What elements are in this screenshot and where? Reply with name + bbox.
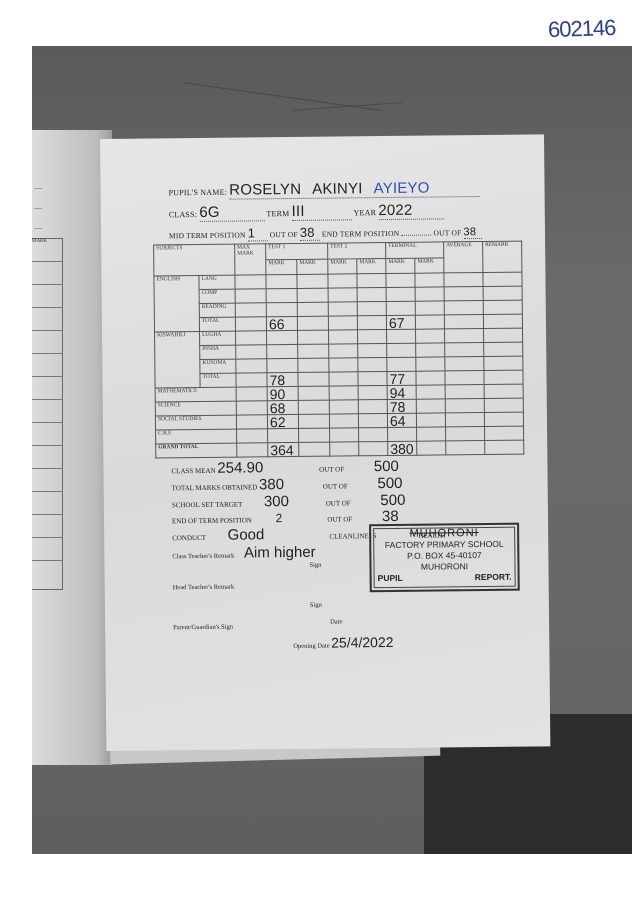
header-mark: MARK [357, 258, 386, 274]
background-crack [292, 102, 402, 111]
out-of-label: OUT OF [323, 482, 348, 490]
out-of-label: OUT OF [433, 228, 461, 237]
year-label: YEAR [353, 208, 376, 217]
report-form: PUPIL'S NAME: ROSELYN AKINYI AYIEYO CLAS… [100, 134, 550, 751]
head-teacher-sign: Sign [310, 602, 322, 609]
end-term-out-of: 38 [463, 226, 476, 238]
stamp-line2: FACTORY PRIMARY SCHOOL [371, 539, 517, 552]
header-mark: MARK [386, 258, 415, 274]
subject-sub: TOTAL [199, 317, 235, 331]
header-mark: MARK [328, 258, 357, 274]
school-target-label: SCHOOL SET TARGET [172, 501, 242, 510]
english-terminal: 67 [386, 315, 415, 329]
header-mark: MARK [297, 259, 328, 275]
pupil-middle-name: AKINYI [312, 180, 363, 198]
subject-sub: LANG [199, 275, 235, 289]
out-of-label: OUT OF [270, 230, 298, 239]
mathematics-terminal: 94 [387, 385, 416, 399]
opening-date-row: Opening Date 25/4/2022 [293, 634, 393, 651]
class-mean-out-of: 500 [374, 458, 399, 475]
mathematics-test1: 90 [267, 386, 298, 400]
subject-name: C.R.E [156, 429, 237, 444]
header-max-mark: MAX MARK [235, 244, 266, 275]
left-page-header: MARK [32, 239, 62, 262]
class-teacher-remark-label: Class Teacher's Remark [172, 553, 234, 561]
left-page-dots: .... [34, 182, 42, 191]
header-test2: TEST 2 [328, 243, 386, 259]
pupil-name-label: PUPIL'S NAME: [169, 188, 228, 198]
header-subjects: SUBJECTS [154, 244, 235, 276]
stamp-pupil: PUPIL [378, 573, 403, 584]
total-marks-label: TOTAL MARKS OBTAINED [172, 483, 258, 492]
conduct-label: CONDUCT [172, 534, 206, 542]
end-term-position-label: END TERM POSITION [322, 229, 400, 239]
mid-term-position: 1 [248, 225, 256, 240]
subject-sub: KUSOMA [200, 359, 236, 373]
opening-date-value: 25/4/2022 [331, 634, 393, 651]
subject-name: MATHEMATICS [155, 387, 236, 402]
social-studies-test1: 62 [267, 414, 298, 428]
english-test1: 66 [266, 316, 297, 330]
end-term-position-label: END OF TERM POSITION [172, 516, 252, 525]
header-average: AVERAGE [444, 241, 483, 272]
out-of-label: OUT OF [319, 465, 344, 473]
grand-total-test1: 364 [268, 442, 299, 456]
position-row: MID TERM POSITION 1 OUT OF 38 END TERM P… [169, 223, 482, 242]
subject-group: KISWAHILI [155, 331, 201, 387]
marks-table: SUBJECTS MAX MARK TEST 1 TEST 2 TERMINAL… [153, 241, 524, 459]
class-mean-value: 254.90 [217, 459, 317, 477]
school-stamp: MUHORONI FACTORY PRIMARY SCHOOL P.O. BOX… [369, 523, 520, 593]
grand-total-terminal: 380 [388, 441, 417, 455]
header-mark: MARK [266, 259, 297, 275]
class-label: CLASS: [169, 210, 197, 219]
grand-total-label: GRAND TOTAL [156, 443, 237, 458]
social-studies-terminal: 64 [387, 413, 416, 427]
mid-term-out-of: 38 [300, 225, 315, 240]
class-row: CLASS: 6G TERM III YEAR 2022 [169, 201, 444, 222]
header-mark: MARK [415, 257, 444, 273]
subject-group: ENGLISH [154, 275, 200, 331]
subject-sub: LUGHA [200, 331, 236, 345]
subject-sub: COMP [199, 289, 235, 303]
header-test1: TEST 1 [266, 243, 328, 259]
conduct-value: Good [228, 526, 328, 544]
class-teacher-remark: Aim higher [244, 544, 316, 562]
grand-total-row: GRAND TOTAL 364380 [156, 440, 524, 458]
class-teacher-remark-row: Class Teacher's Remark Aim higher [172, 544, 315, 562]
left-page-dots: .... [34, 202, 42, 211]
science-test1: 68 [267, 400, 298, 414]
year-value: 2022 [378, 202, 412, 219]
subject-name: SCIENCE [155, 401, 236, 416]
parent-sign-label: Parent/Guardian's Sign [173, 624, 233, 632]
header-terminal: TERMINAL [386, 242, 444, 258]
pupil-name-row: PUPIL'S NAME: ROSELYN AKINYI AYIEYO [168, 179, 479, 200]
school-target-out-of: 500 [380, 492, 405, 509]
head-teacher-remark-label: Head Teacher's Remark [173, 584, 235, 592]
term-label: TERM [266, 209, 289, 218]
subject-sub: READING [199, 303, 235, 317]
subject-name: SOCIAL STUDIES [155, 415, 236, 430]
subject-sub: TOTAL [200, 373, 236, 387]
left-page-dots: .... [34, 222, 42, 231]
class-value: 6G [199, 204, 220, 221]
mid-term-position-label: MID TERM POSITION [169, 230, 246, 240]
out-of-label: OUT OF [326, 499, 351, 507]
kiswahili-terminal: 77 [387, 371, 416, 385]
subject-sub: INSHA [200, 345, 236, 359]
left-page-table: MARK [32, 238, 63, 590]
school-target-value: 300 [264, 493, 324, 511]
date-label: Date [330, 618, 342, 625]
pupil-first-name: ROSELYN [229, 181, 301, 199]
document-id: 602146 [548, 15, 616, 43]
pupil-surname: AYIEYO [374, 180, 430, 198]
header-remark: REMARK [483, 241, 522, 272]
kiswahili-test1: 78 [267, 372, 298, 386]
stamp-report: REPORT. [475, 572, 512, 583]
opening-date-label: Opening Date [293, 643, 329, 650]
term-value: III [292, 203, 305, 220]
class-mean-label: CLASS MEAN [171, 467, 215, 475]
total-marks-out-of: 500 [377, 475, 402, 492]
end-term-position-value: 2 [275, 511, 325, 526]
total-marks-value: 380 [259, 476, 321, 494]
class-teacher-sign: Sign [309, 562, 321, 569]
out-of-label: OUT OF [327, 515, 352, 523]
science-terminal: 78 [387, 399, 416, 413]
end-term-position-out-of: 38 [382, 508, 399, 525]
